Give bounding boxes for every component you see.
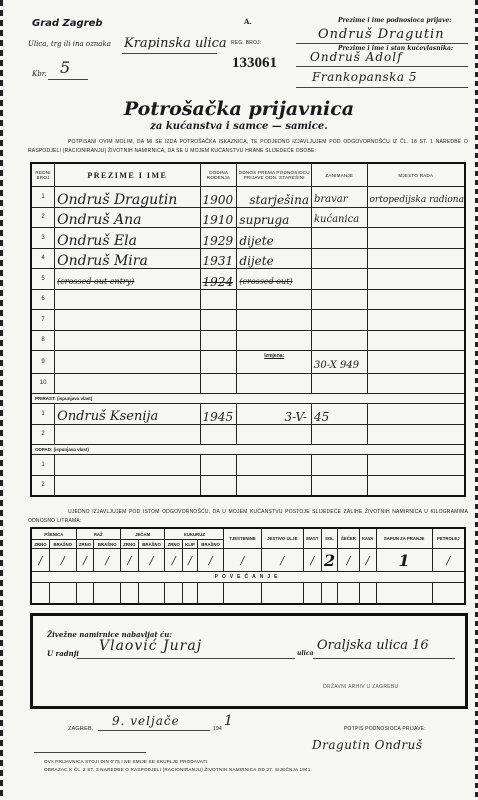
- col-header-name: PREZIME I IME: [55, 163, 200, 187]
- table-row: 3 Ondruš Ela 1929 dijete: [31, 228, 465, 249]
- row-number: 2: [31, 424, 55, 445]
- row-number: 1: [31, 404, 55, 425]
- workplace: [367, 330, 465, 351]
- occupation: [311, 373, 367, 394]
- stock-table-group-header: PŠENICA RAŽ JEČAM KUKURUZ TJESTENINE JES…: [31, 528, 465, 540]
- applicant-line: [296, 43, 468, 44]
- col-header-corn: KUKURUZ: [165, 528, 224, 540]
- table-row: 1: [31, 455, 465, 476]
- birth-year: [200, 373, 237, 394]
- occupation: [311, 289, 367, 310]
- stock-value: /: [338, 549, 359, 572]
- workplace: [367, 207, 465, 228]
- landlord-line: [296, 66, 468, 67]
- additions-label: PRIRAST: (ispunjava vlast): [31, 394, 465, 404]
- col-header-occupation: ZANIMANJE: [311, 163, 367, 187]
- sub-col-flour: BRAŠNO: [138, 540, 165, 549]
- relation: supruga: [237, 207, 312, 228]
- workplace: [367, 351, 465, 374]
- row-number: 6: [31, 289, 55, 310]
- birth-year: 1910: [200, 207, 237, 228]
- person-name: Ondruš Mira: [55, 248, 200, 269]
- person-name: Ondruš Ksenija: [55, 404, 200, 425]
- document-title: Potrošačka prijavnica: [0, 98, 478, 120]
- sub-col-grain: ZRNO: [165, 540, 183, 549]
- stock-value: /: [120, 549, 138, 572]
- sub-col-cob: KLIP: [183, 540, 198, 549]
- person-name: [55, 424, 200, 445]
- table-row: 2 Ondruš Ana 1910 supruga kućanica: [31, 207, 465, 228]
- stock-value: /: [183, 549, 198, 572]
- row-number: 1: [31, 187, 55, 208]
- col-header-lard: MAST: [303, 528, 321, 549]
- birth-year: [200, 455, 237, 476]
- footer-divider: [34, 752, 146, 753]
- person-name: [55, 289, 200, 310]
- increase-row-header: POVEĆANJE: [31, 572, 465, 583]
- person-name: Ondruš Ana: [55, 207, 200, 228]
- stock-value: /: [303, 549, 321, 572]
- stock-value: /: [261, 549, 303, 572]
- street-line: [122, 53, 217, 54]
- birth-year: [200, 351, 237, 374]
- relation: dijete: [237, 228, 312, 249]
- household-table-header: REDNI BROJ PREZIME I IME GODINA ROĐENJA …: [31, 163, 465, 187]
- col-header-sugar: ŠEĆER: [338, 528, 359, 549]
- row-number: 4: [31, 248, 55, 269]
- occupation: bravar: [311, 187, 367, 208]
- occupation: [311, 455, 367, 476]
- col-header-wheat: PŠENICA: [31, 528, 76, 540]
- relation: [237, 330, 312, 351]
- removals-label: ODPAD: (ispunjava vlast): [31, 445, 465, 455]
- row-number: 1: [31, 455, 55, 476]
- table-row: 6: [31, 289, 465, 310]
- workplace: [367, 289, 465, 310]
- landlord-address-line: [296, 87, 468, 88]
- household-table: REDNI BROJ PREZIME I IME GODINA ROĐENJA …: [30, 162, 466, 497]
- relation: (crossed out): [237, 269, 312, 290]
- intro-text: POTPISANI OVIM MOLIM, DA MI SE IZDA POTR…: [28, 138, 468, 156]
- document-subtitle: za kućanstva i samce — samice.: [0, 121, 478, 132]
- shop-section: Živežne namirnice nabavljat ću: U radnji…: [30, 613, 468, 709]
- shop-street-line: [313, 658, 455, 659]
- col-header-barley: JEČAM: [120, 528, 164, 540]
- landlord-address: Frankopanska 5: [312, 70, 417, 84]
- stock-value: /: [224, 549, 261, 572]
- col-header-pasta: TJESTENINE: [224, 528, 261, 549]
- workplace: [367, 475, 465, 496]
- addition-date: 3-V-: [237, 404, 312, 425]
- relation: [237, 424, 312, 445]
- person-name: [55, 373, 200, 394]
- relation: dijete: [237, 248, 312, 269]
- relation: [237, 310, 312, 331]
- date-value: 9. veljače: [112, 714, 180, 728]
- table-row: 8: [31, 330, 465, 351]
- workplace: [367, 404, 465, 425]
- relation: [237, 475, 312, 496]
- col-header-soap: SAPUN ZA PRANJE: [376, 528, 432, 549]
- house-number-line: [48, 79, 88, 80]
- archive-stamp: DRŽAVNI ARHIV U ZAGREBU: [323, 684, 398, 690]
- stock-value: /: [359, 549, 376, 572]
- stock-value-soap: 1: [376, 549, 432, 572]
- row-number: 7: [31, 310, 55, 331]
- workplace: [367, 424, 465, 445]
- person-name: [55, 475, 200, 496]
- increase-label: POVEĆANJE: [31, 572, 465, 583]
- house-number-value: 5: [60, 58, 70, 77]
- table-row: 1 Ondruš Dragutin 1900 starješina bravar…: [31, 187, 465, 208]
- relation: starješina: [237, 187, 312, 208]
- regulation-note: OBRAZAC K ČL. 2 ST. 3 NAREDBE O RASPODJE…: [44, 767, 312, 772]
- workplace: [367, 455, 465, 476]
- removals-section-header: ODPAD: (ispunjava vlast): [31, 445, 465, 455]
- additions-section-header: PRIRAST: (ispunjava vlast): [31, 394, 465, 404]
- workplace: [367, 248, 465, 269]
- person-name: [55, 310, 200, 331]
- series-letter: A.: [244, 17, 252, 26]
- stock-table: PŠENICA RAŽ JEČAM KUKURUZ TJESTENINE JES…: [30, 527, 466, 605]
- house-number-label: Kbr.: [32, 70, 47, 78]
- row-number: 3: [31, 228, 55, 249]
- col-header-kerosene: PETROLEJ: [432, 528, 465, 549]
- birth-year: 1931: [200, 248, 237, 269]
- table-row: 10: [31, 373, 465, 394]
- signature-label: POTPIS PODNOSIOCA PRIJAVE:: [344, 726, 426, 732]
- table-row: 2: [31, 424, 465, 445]
- occupation: [311, 228, 367, 249]
- occupation: [311, 424, 367, 445]
- col-header-salt: SOL: [321, 528, 337, 549]
- scan-left-edge: [0, 0, 3, 800]
- landlord-value: Ondruš Adolf: [310, 50, 403, 64]
- applicant-value: Ondruš Dragutin: [318, 27, 445, 42]
- price-note: OVA PRIJAVNICA STOJI DIN 0'75 I NE SMIJE…: [44, 759, 209, 764]
- sub-col-grain: ZRNO: [76, 540, 94, 549]
- row-number: 2: [31, 207, 55, 228]
- shop-line: [77, 658, 295, 659]
- occupation: [311, 475, 367, 496]
- row-number: 5: [31, 269, 55, 290]
- table-row: 9 Izmjena: 30-X 949: [31, 351, 465, 374]
- relation: [237, 289, 312, 310]
- col-header-year: GODINA ROĐENJA: [200, 163, 237, 187]
- workplace: [367, 269, 465, 290]
- signature-value: Dragutin Ondruš: [312, 738, 423, 752]
- year-suffix: 1: [224, 713, 233, 729]
- birth-year: 1900: [200, 187, 237, 208]
- table-row: 7: [31, 310, 465, 331]
- change-stamp: Izmjena:: [237, 351, 312, 374]
- sub-col-flour: BRAŠNO: [197, 540, 224, 549]
- workplace: [367, 310, 465, 331]
- reg-number: 133061: [232, 55, 277, 72]
- stock-value: /: [165, 549, 183, 572]
- person-name-crossed-out: (crossed out entry): [55, 269, 200, 290]
- shop-value: Vlaović Juraj: [99, 638, 202, 654]
- row-number: 8: [31, 330, 55, 351]
- shop-street-label: ulica: [297, 650, 313, 657]
- date-line: [98, 730, 210, 731]
- stock-value: /: [138, 549, 165, 572]
- street-value: Krapinska ulica: [124, 36, 227, 51]
- row-number: 9: [31, 351, 55, 374]
- person-name: [55, 330, 200, 351]
- stock-value: /: [50, 549, 77, 572]
- birth-year: [200, 310, 237, 331]
- col-header-oil: JESTIVO ULJE: [261, 528, 303, 549]
- stock-value-salt: 2: [321, 549, 337, 572]
- birth-year: 1924: [200, 269, 237, 290]
- stock-value: /: [76, 549, 94, 572]
- person-name: Ondruš Ela: [55, 228, 200, 249]
- stock-value: /: [31, 549, 50, 572]
- row-number: 2: [31, 475, 55, 496]
- occupation: [311, 330, 367, 351]
- shop-label: U radnji: [47, 649, 79, 658]
- occupation: kućanica: [311, 207, 367, 228]
- addition-year: 45: [311, 404, 367, 425]
- birth-year: [200, 424, 237, 445]
- col-header-workplace: MJESTO RADA: [367, 163, 465, 187]
- shop-street-value: Oraljska ulica 16: [317, 638, 429, 653]
- col-header-coffee: KAVA: [359, 528, 376, 549]
- table-row: 5 (crossed out entry) 1924 (crossed out): [31, 269, 465, 290]
- city-name: Grad Zagreb: [32, 18, 103, 29]
- occupation: [311, 248, 367, 269]
- col-header-no: REDNI BROJ: [31, 163, 55, 187]
- occupation: [311, 269, 367, 290]
- relation: [237, 455, 312, 476]
- birth-year: [200, 330, 237, 351]
- person-name: Ondruš Dragutin: [55, 187, 200, 208]
- occupation: [311, 310, 367, 331]
- place-label: ZAGREB,: [68, 726, 94, 732]
- stock-value: /: [197, 549, 224, 572]
- person-name: [55, 351, 200, 374]
- increase-values-row: [31, 583, 465, 605]
- row-number: 10: [31, 373, 55, 394]
- table-row: 1 Ondruš Ksenija 1945 3-V- 45: [31, 404, 465, 425]
- workplace: [367, 228, 465, 249]
- stock-value: /: [94, 549, 121, 572]
- year-prefix: 194: [213, 726, 222, 732]
- birth-year: 1929: [200, 228, 237, 249]
- workplace: [367, 373, 465, 394]
- table-row: 2: [31, 475, 465, 496]
- reg-label: REG. BROJ:: [231, 40, 261, 46]
- sub-col-flour: BRAŠNO: [50, 540, 77, 549]
- stock-values-row: / / / / / / / / / / / / 2 / / 1 /: [31, 549, 465, 572]
- applicant-label: Prezime i ime podnosioca prijave:: [338, 17, 452, 24]
- birth-year: [200, 475, 237, 496]
- sub-col-grain: ZRNO: [120, 540, 138, 549]
- col-header-rye: RAŽ: [76, 528, 120, 540]
- relation: [237, 373, 312, 394]
- sub-col-flour: BRAŠNO: [94, 540, 121, 549]
- workplace: ortopedijska radiona: [367, 187, 465, 208]
- street-label: Ulica, trg ili ina oznaka: [28, 40, 111, 48]
- stock-value: /: [432, 549, 465, 572]
- change-date: 30-X 949: [311, 351, 367, 374]
- col-header-relation: ODNOS PREMA PODNOSIOCU PRIJAVE ODN. STAR…: [237, 163, 312, 187]
- person-name: [55, 455, 200, 476]
- table-row: 4 Ondruš Mira 1931 dijete: [31, 248, 465, 269]
- stock-declaration-text: UJEDNO IZJAVLJUJEM POD ISTOM ODGOVORNOŠĆ…: [28, 508, 468, 526]
- sub-col-grain: ZRNO: [31, 540, 50, 549]
- birth-year: [200, 289, 237, 310]
- birth-year: 1945: [200, 404, 237, 425]
